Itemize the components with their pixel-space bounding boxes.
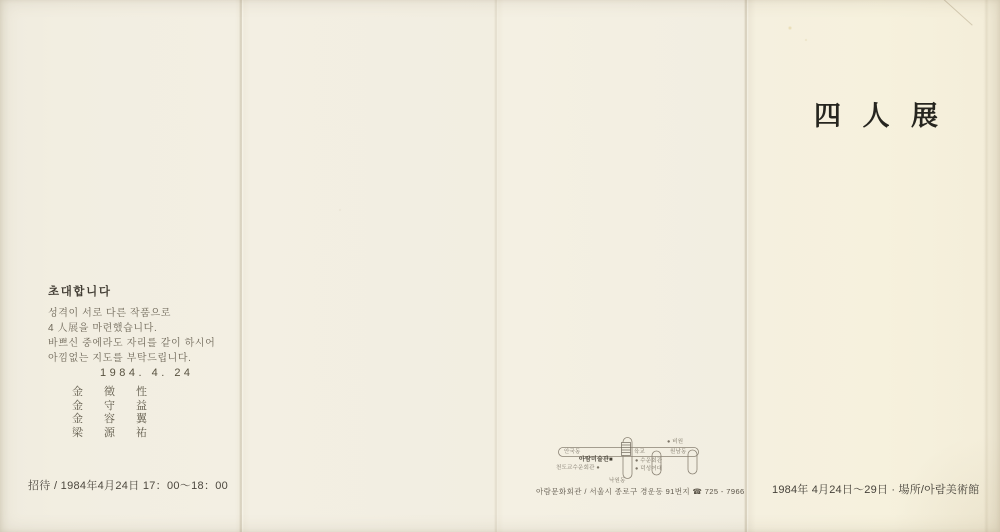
corner-crease (939, 0, 972, 26)
invite-body-line: 바쁘신 중에라도 자리를 같이 하시어 (48, 336, 215, 351)
overpass-icon (622, 443, 631, 456)
road-stub-right (688, 450, 697, 474)
invite-body-line: 성격이 서로 다른 작품으로 (48, 306, 215, 321)
name-char: 梁 (72, 427, 83, 441)
artist-name: 梁 源 祐 (72, 427, 147, 441)
fold-line-left (239, 0, 244, 532)
name-char: 性 (136, 386, 147, 400)
invite-body-text: 성격이 서로 다른 작품으로 4 人展을 마련했습니다. 바쁘신 중에라도 자리… (48, 306, 215, 366)
name-char: 益 (136, 400, 147, 414)
name-char: 徵 (104, 386, 115, 400)
invite-body-line: 4 人展을 마련했습니다. (48, 321, 215, 336)
artist-name: 金 守 益 (72, 400, 147, 414)
name-char: 翼 (136, 413, 147, 427)
map-label-duksung: ● 덕성여대 (635, 466, 662, 472)
name-char: 守 (104, 400, 115, 414)
fold-line-right (744, 0, 749, 532)
map-label-road-left: 안국동 (564, 449, 581, 455)
name-char: 金 (72, 386, 83, 400)
invitation-time-line: 招待 / 1984年4月24日 17：00～18：00 (28, 477, 228, 493)
map-label-road-right: 원남동 (670, 449, 687, 455)
artist-name-list: 金 徵 性 金 守 益 金 容 翼 梁 源 祐 (72, 386, 147, 440)
map-label-cheondogyo: 천도교수운회관 ● (556, 465, 600, 471)
map-label-museum: 아람미술관■ (579, 457, 613, 463)
name-char: 容 (104, 413, 115, 427)
venue-address-line: 아람문화회관 / 서울시 종로구 경운동 91번지 ☎ 725 - 7966 (536, 486, 745, 497)
name-char: 金 (72, 413, 83, 427)
exhibition-title: 四 人 展 (814, 94, 945, 133)
name-char: 祐 (136, 427, 147, 441)
invite-date: 1984. 4. 24 (100, 367, 194, 379)
invite-heading: 초대합니다 (48, 283, 112, 299)
invitation-sheet: 초대합니다 성격이 서로 다른 작품으로 4 人展을 마련했습니다. 바쁘신 중… (0, 0, 1000, 532)
exhibition-date-venue-line: 1984年 4月24日～29日 · 場所/아람美術館 (772, 481, 979, 497)
name-char: 金 (72, 400, 83, 414)
location-map: 안국동 육교 원남동 ● 비원 아람미술관■ ● 수운회관 천도교수운회관 ● … (555, 436, 717, 484)
map-label-nakwon: 낙원동 (609, 478, 626, 484)
artist-name: 金 徵 性 (72, 386, 147, 400)
name-char: 源 (104, 427, 115, 441)
paper-edge-line (984, 0, 989, 532)
paper-edge-shading (0, 0, 1000, 532)
fold-line-center (494, 0, 499, 532)
map-label-overpass: 육교 (634, 449, 645, 455)
artist-name: 金 容 翼 (72, 413, 147, 427)
map-label-biwon: ● 비원 (667, 439, 683, 445)
map-label-suun-hall: ● 수운회관 (635, 458, 662, 464)
invite-body-line: 아낌없는 지도를 부탁드립니다. (48, 351, 215, 366)
